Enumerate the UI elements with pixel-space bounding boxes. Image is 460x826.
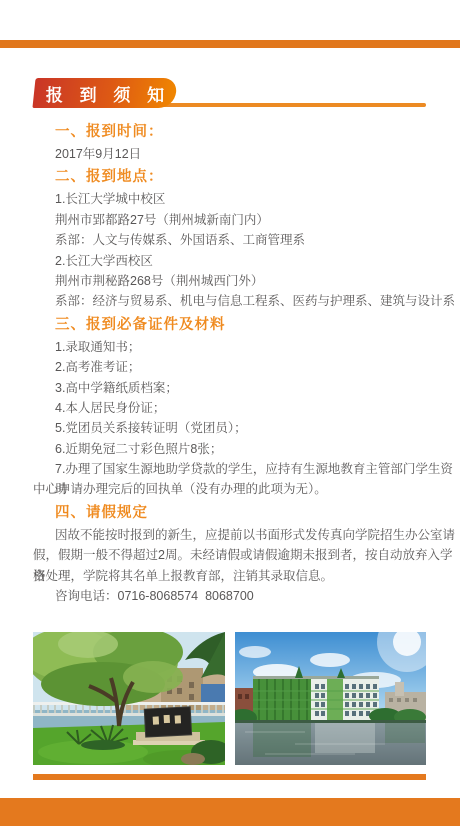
notice-line: 4.本人居民身份证； [33,398,455,418]
notice-line: 3.高中学籍纸质档案； [33,378,455,398]
bottom-border-bar [0,798,460,826]
notice-line: 7.办理了国家生源地助学贷款的学生，应持有生源地教育主管部门学生资助 [33,459,455,479]
notice-line: 2.长江大学西校区 [33,251,455,271]
header-badge: 报 到 须 知 [34,78,176,108]
campus-photo-right [235,632,426,765]
section-report-location: 二、报到地点： 1.长江大学城中校区 荆州市郢都路27号（荆州城新南门内） 系部… [33,166,455,311]
top-border-bar [0,40,460,48]
notice-page: 报 到 须 知 一、报到时间： 2017年9月12日 二、报到地点： 1.长江大… [0,0,460,826]
page-title: 报 到 须 知 [34,78,176,108]
notice-content: 一、报到时间： 2017年9月12日 二、报到地点： 1.长江大学城中校区 荆州… [33,121,455,606]
notice-line: 格处理，学院将其名单上报教育部，注销其录取信息。 [33,566,455,586]
section-heading-report-time: 一、报到时间： [33,121,455,144]
notice-line: 系部：经济与贸易系、机电与信息工程系、医药与护理系、建筑与设计系 [33,291,455,311]
notice-line: 5.党团员关系接转证明（党团员）； [33,418,455,438]
notice-line: 1.录取通知书； [33,337,455,357]
section-leave-rules: 四、请假规定 因故不能按时报到的新生，应提前以书面形式发传真向学院招生办公室请 … [33,502,455,607]
notice-line: 假，假期一般不得超过2周。未经请假或请假逾期未报到者，按自动放弃入学资 [33,545,455,565]
section-report-time: 一、报到时间： 2017年9月12日 [33,121,455,164]
notice-line: 荆州市荆秘路268号（荆州城西门外） [33,271,455,291]
section-heading-leave-rules: 四、请假规定 [33,502,455,525]
notice-line: 因故不能按时报到的新生，应提前以书面形式发传真向学院招生办公室请 [33,525,455,545]
notice-line: 6.近期免冠二寸彩色照片8张； [33,439,455,459]
contact-phone-line: 咨询电话：0716-8068574 8068700 [33,586,455,606]
section-required-documents: 三、报到必备证件及材料 1.录取通知书； 2.高考准考证； 3.高中学籍纸质档案… [33,314,455,500]
section-heading-required-documents: 三、报到必备证件及材料 [33,314,455,337]
campus-photo-left [33,632,225,765]
campus-lake-building-illustration [235,632,426,765]
notice-line: 中心申请办理完后的回执单（没有办理的此项为无）。 [33,479,455,499]
photo-underline-bar [33,774,426,780]
notice-line: 2.高考准考证； [33,357,455,377]
notice-line: 2017年9月12日 [33,144,455,164]
notice-line: 荆州市郢都路27号（荆州城新南门内） [33,210,455,230]
notice-line: 系部：人文与传媒系、外国语系、工商管理系 [33,230,455,250]
section-heading-report-location: 二、报到地点： [33,166,455,189]
campus-lawn-monument-illustration [33,632,225,765]
notice-line: 1.长江大学城中校区 [33,189,455,209]
